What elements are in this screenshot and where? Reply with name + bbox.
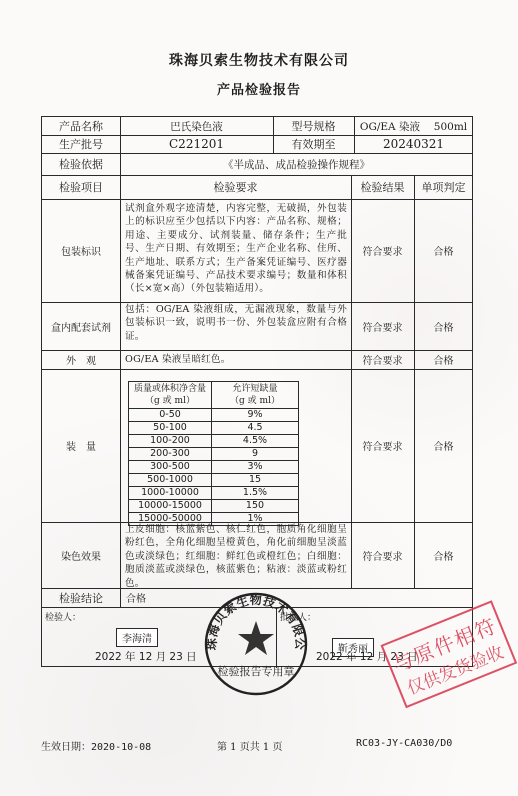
star-icon xyxy=(238,621,274,655)
item-result: 符合要求 xyxy=(351,199,414,302)
quantity-tolerance-table: 质量或体积净含量（g 或 ml） 允许短缺量（g 或 ml） 0-509%50-… xyxy=(128,381,299,526)
net-content-range: 200-300 xyxy=(129,448,212,461)
allowed-shortage-value: 3% xyxy=(212,461,299,474)
net-content-range: 0-50 xyxy=(129,409,212,422)
item-verdict: 合格 xyxy=(414,369,473,522)
quantity-table-row: 100-2004.5% xyxy=(129,435,299,448)
col-header-item: 检验项目 xyxy=(42,175,120,199)
conclusion-label: 检验结论 xyxy=(42,588,120,607)
quantity-table-row: 500-100015 xyxy=(129,474,299,487)
quantity-table-row: 10000-15000150 xyxy=(129,500,299,513)
item-verdict: 合格 xyxy=(414,350,473,369)
item-verdict: 合格 xyxy=(414,302,473,350)
item-result: 符合要求 xyxy=(351,369,414,522)
expiry-label: 有效期至 xyxy=(273,135,354,153)
effective-date: 生效日期：2020-10-08 xyxy=(41,738,151,753)
product-name-value: 巴氏染色液 xyxy=(120,117,273,135)
header-allowed-shortage: 允许短缺量（g 或 ml） xyxy=(212,382,299,409)
model-value: OG/EA 染液 500ml xyxy=(354,117,473,135)
item-requirement: 上皮细胞：核蓝紫色、核仁红色，胞质角化细胞呈粉红色，全角化细胞呈橙黄色，角化前细… xyxy=(125,523,347,590)
basis-label: 检验依据 xyxy=(42,153,120,175)
page-number: 第 1 页共 1 页 xyxy=(217,738,282,753)
product-name-label: 产品名称 xyxy=(42,117,120,135)
allowed-shortage-value: 9 xyxy=(212,448,299,461)
header-net-content: 质量或体积净含量（g 或 ml） xyxy=(129,382,212,409)
document-code: RC03-JY-CA030/D0 xyxy=(356,738,452,749)
inspector-signature: 李海清 xyxy=(116,628,158,647)
item-requirement: 试剂盒外观字迹清楚，内容完整，无破损，外包装上的标识应至少包括以下内容：产品名称… xyxy=(125,202,347,296)
item-name: 盒内配套试剂 xyxy=(42,302,120,350)
item-verdict: 合格 xyxy=(414,199,473,302)
allowed-shortage-value: 15 xyxy=(212,474,299,487)
item-result: 符合要求 xyxy=(351,350,414,369)
expiry-value: 20240321 xyxy=(354,135,473,153)
company-name: 珠海贝索生物技术有限公司 xyxy=(0,50,518,70)
inspector-date: 2022 年 12 月 23 日 xyxy=(95,649,197,664)
batch-value: C221201 xyxy=(120,135,273,153)
company-seal-stamp: 珠海贝索生物技术有限公司 检验报告专用章 xyxy=(203,591,309,697)
model-label: 型号规格 xyxy=(273,117,354,135)
item-requirement: 包括：OG/EA 染液组成，无漏液现象，数量与外包装标识一致，说明书一份、外包装… xyxy=(125,303,347,343)
item-name: 外 观 xyxy=(42,350,120,369)
quantity-table-row: 300-5003% xyxy=(129,461,299,474)
copy-conforms-stamp: 与原件相符 仅供发货验收 xyxy=(372,600,518,710)
quantity-table-container: 质量或体积净含量（g 或 ml） 允许短缺量（g 或 ml） 0-509%50-… xyxy=(42,369,351,522)
item-requirement: OG/EA 染液呈暗红色。 xyxy=(125,353,347,366)
net-content-range: 10000-15000 xyxy=(129,500,212,513)
item-name: 包装标识 xyxy=(42,199,120,302)
inspection-report-table: 产品名称 巴氏染色液 型号规格 OG/EA 染液 500ml 生产批号 C221… xyxy=(41,116,473,667)
col-header-verdict: 单项判定 xyxy=(414,175,473,199)
item-verdict: 合格 xyxy=(414,522,473,588)
basis-value: 《半成品、成品检验操作规程》 xyxy=(120,153,473,175)
allowed-shortage-value: 9% xyxy=(212,409,299,422)
item-result: 符合要求 xyxy=(351,302,414,350)
allowed-shortage-value: 4.5% xyxy=(212,435,299,448)
seal-center-text: 检验报告专用章 xyxy=(218,664,295,678)
net-content-range: 300-500 xyxy=(129,461,212,474)
quantity-table-header: 质量或体积净含量（g 或 ml） 允许短缺量（g 或 ml） xyxy=(129,382,299,409)
net-content-range: 100-200 xyxy=(129,435,212,448)
allowed-shortage-value: 1.5% xyxy=(212,487,299,500)
quantity-table-row: 0-509% xyxy=(129,409,299,422)
item-name: 染色效果 xyxy=(42,522,120,588)
inspector-label: 检验人： xyxy=(45,610,81,623)
quantity-table-row: 200-3009 xyxy=(129,448,299,461)
net-content-range: 50-100 xyxy=(129,422,212,435)
batch-label: 生产批号 xyxy=(42,135,120,153)
net-content-range: 1000-10000 xyxy=(129,487,212,500)
net-content-range: 500-1000 xyxy=(129,474,212,487)
report-title: 产品检验报告 xyxy=(0,79,518,98)
col-header-requirement: 检验要求 xyxy=(120,175,351,199)
allowed-shortage-value: 150 xyxy=(212,500,299,513)
allowed-shortage-value: 4.5 xyxy=(212,422,299,435)
col-header-result: 检验结果 xyxy=(351,175,414,199)
item-result: 符合要求 xyxy=(351,522,414,588)
quantity-table-row: 1000-100001.5% xyxy=(129,487,299,500)
quantity-table-row: 50-1004.5 xyxy=(129,422,299,435)
